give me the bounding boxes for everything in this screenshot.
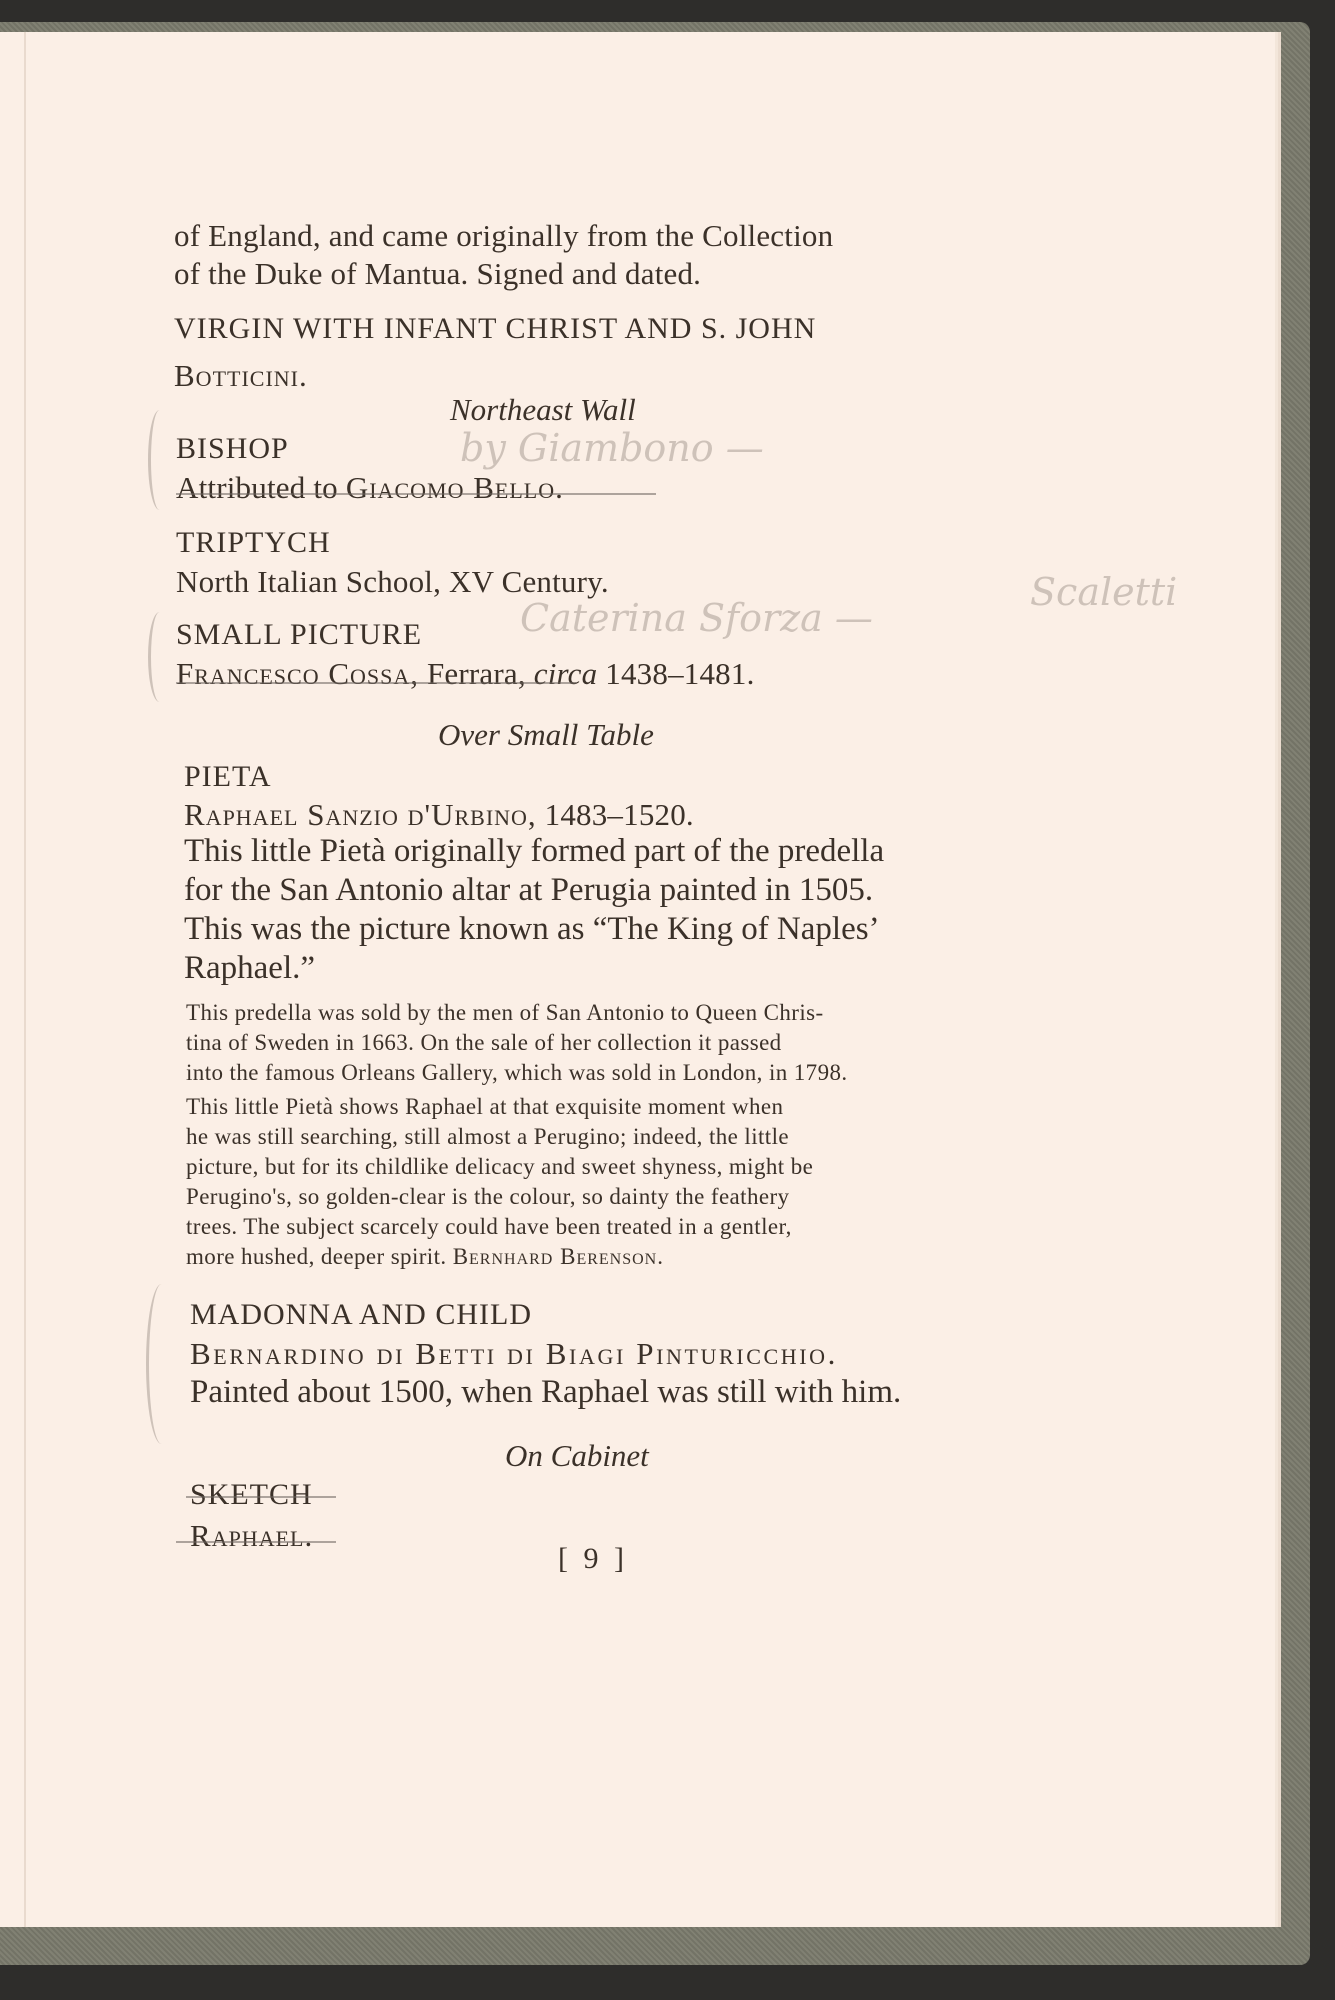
entry-artist-pieta: Raphael Sanzio d'Urbino, 1483–1520. xyxy=(184,797,694,833)
entry-artist-raphael: Raphael. xyxy=(190,1518,313,1554)
entry-title-triptych: TRIPTYCH xyxy=(176,526,331,560)
pieta-note-line-3: into the famous Orleans Gallery, which w… xyxy=(186,1060,848,1086)
entry-title-bishop: BISHOP xyxy=(176,432,289,466)
circa-label: circa xyxy=(534,656,598,691)
pieta-note-line-2: tina of Sweden in 1663. On the sale of h… xyxy=(186,1030,782,1056)
pieta-quote-line-1: This little Pietà shows Raphael at that … xyxy=(186,1094,783,1120)
pieta-quote-line-4: Perugino's, so golden-clear is the colou… xyxy=(186,1184,789,1210)
pencil-strike-bishop xyxy=(176,493,656,495)
pencil-bracket-madonna xyxy=(146,1284,177,1444)
entry-title-virgin: VIRGIN WITH INFANT CHRIST AND S. JOHN xyxy=(174,312,816,346)
entry-artist-bishop: Attributed to Giacomo Bello. xyxy=(176,470,564,506)
pencil-strike-raphael xyxy=(176,1541,336,1543)
artist-dates: 1438–1481. xyxy=(597,656,754,691)
pieta-description-line-2: for the San Antonio altar at Perugia pai… xyxy=(184,872,873,909)
entry-artist-triptych: North Italian School, XV Century. xyxy=(176,564,609,600)
pencil-bracket-bishop xyxy=(148,410,171,510)
section-heading-northeast-wall: Northeast Wall xyxy=(450,392,636,428)
section-heading-over-small-table: Over Small Table xyxy=(438,717,654,753)
entry-title-pieta: PIETA xyxy=(184,760,272,794)
continuation-line-2: of the Duke of Mantua. Signed and dated. xyxy=(174,256,701,292)
pencil-strike-sketch xyxy=(186,1496,336,1498)
quote-last-text: more hushed, deeper spirit. xyxy=(186,1244,453,1269)
pieta-description-line-3: This was the picture known as “The King … xyxy=(184,911,880,948)
pieta-note-line-1: This predella was sold by the men of San… xyxy=(186,1000,824,1026)
entry-title-small-picture: SMALL PICTURE xyxy=(176,618,422,652)
pieta-quote-line-6: more hushed, deeper spirit. Bernhard Ber… xyxy=(186,1244,664,1270)
entry-artist-botticini: Botticini. xyxy=(174,358,308,394)
artist-prefix: Attributed to xyxy=(176,470,346,505)
pencil-note-small-picture: Caterina Sforza — xyxy=(520,596,873,640)
artist-name: Francesco Cossa, xyxy=(176,656,419,691)
pencil-note-margin: Scaletti xyxy=(1030,570,1177,614)
entry-artist-pinturicchio: Bernardino di Betti di Biagi Pinturicchi… xyxy=(190,1336,838,1372)
entry-artist-small-picture: Francesco Cossa, Ferrara, circa 1438–148… xyxy=(176,656,755,692)
pieta-description-line-4: Raphael.” xyxy=(184,950,315,987)
pencil-bracket-small-picture xyxy=(148,612,171,702)
entry-title-sketch: SKETCH xyxy=(190,1478,313,1512)
continuation-line-1: of England, and came originally from the… xyxy=(174,218,833,254)
page-number: [ 9 ] xyxy=(558,1542,628,1576)
pieta-quote-line-3: picture, but for its childlike delicacy … xyxy=(186,1154,813,1180)
section-heading-on-cabinet: On Cabinet xyxy=(505,1438,649,1474)
artist-name: Giacomo Bello. xyxy=(346,470,564,505)
artist-place: Ferrara, xyxy=(419,656,534,691)
pencil-note-bishop: by Giambono — xyxy=(460,426,764,470)
pieta-quote-line-5: trees. The subject scarcely could have b… xyxy=(186,1214,792,1240)
pieta-description-line-1: This little Pietà originally formed part… xyxy=(184,833,884,870)
quote-author: Bernhard Berenson. xyxy=(453,1244,664,1269)
madonna-description: Painted about 1500, when Raphael was sti… xyxy=(190,1374,901,1411)
entry-title-madonna: MADONNA AND CHILD xyxy=(190,1298,532,1332)
pieta-quote-line-2: he was still searching, still almost a P… xyxy=(186,1124,789,1150)
page-gutter xyxy=(24,32,26,1927)
pencil-strike-cossa xyxy=(176,682,576,684)
artist-name: Raphael Sanzio d'Urbino, xyxy=(184,797,537,832)
artist-dates: 1483–1520. xyxy=(537,797,694,832)
